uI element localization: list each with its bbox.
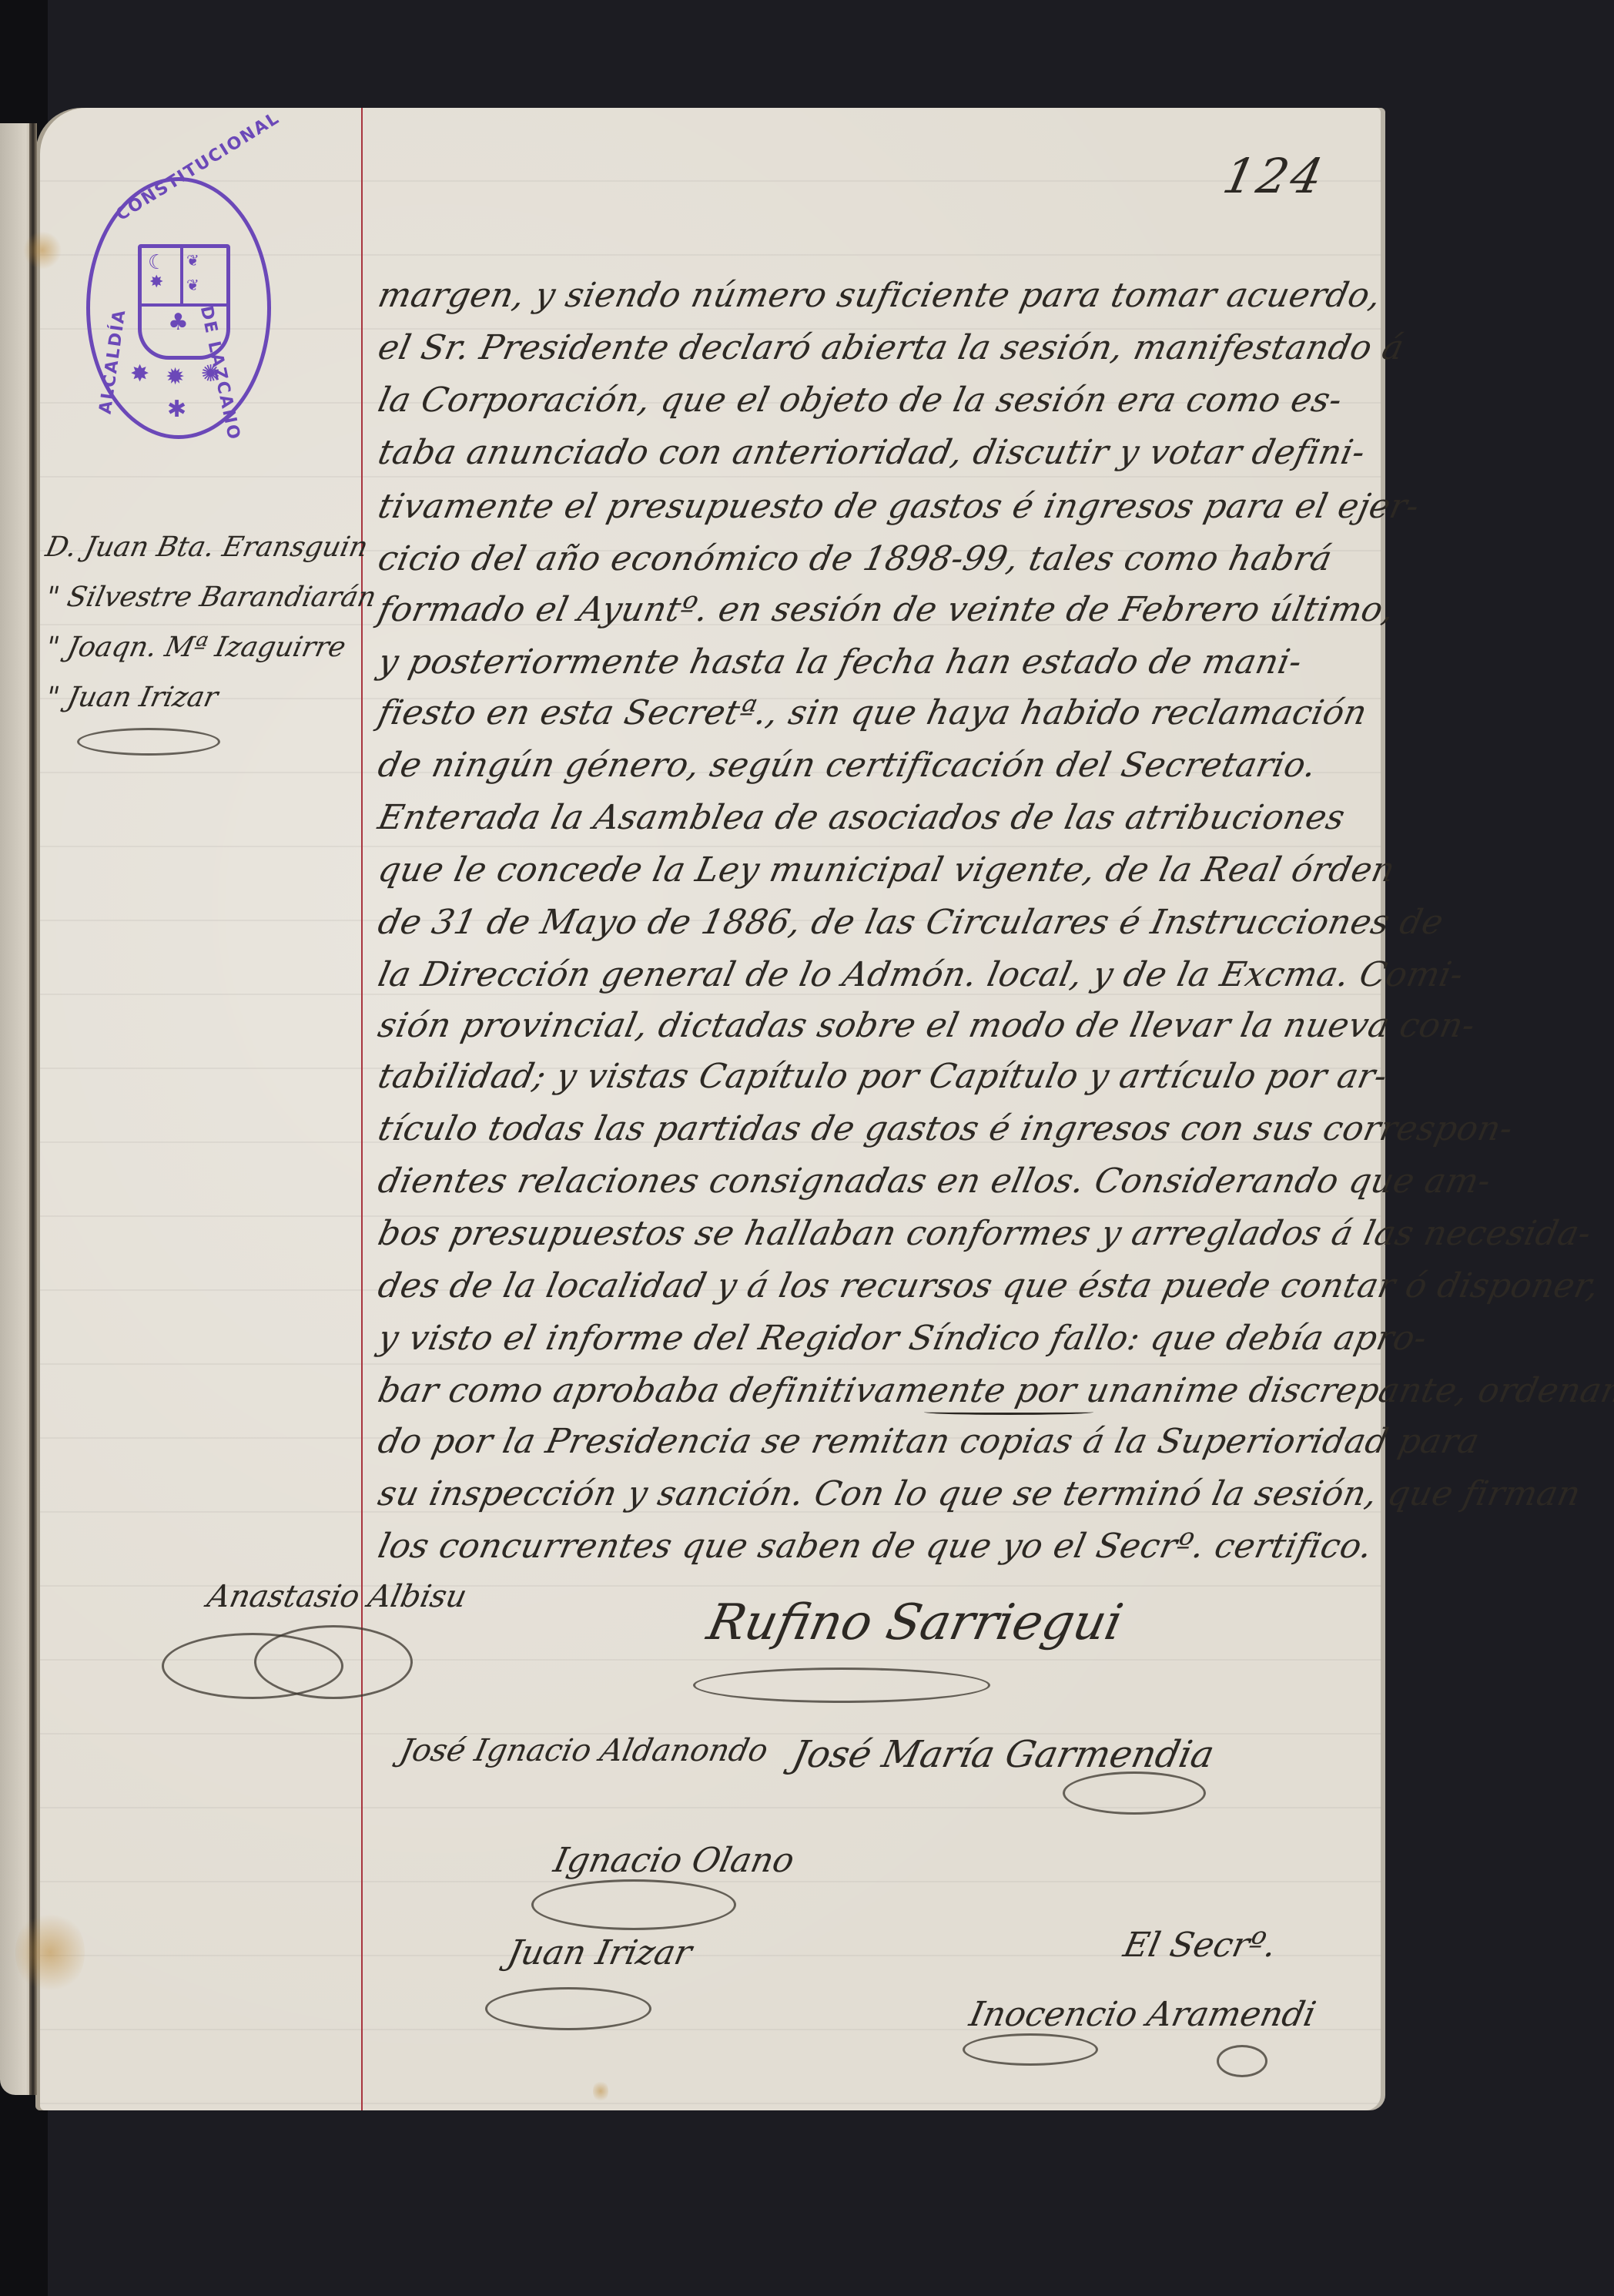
rust-stain <box>593 2080 608 2103</box>
body-line: tabilidad; y vistas Capítulo por Capítul… <box>375 1057 1391 1096</box>
signature: José María Garmendia <box>789 1733 1218 1776</box>
signature: Inocencio Aramendi <box>966 1995 1320 2034</box>
page-number: 124 <box>1218 148 1331 204</box>
signature: Anastasio Albisu <box>204 1579 470 1614</box>
star-icon: ✹ <box>166 366 185 389</box>
body-line: do por la Presidencia se remitan copias … <box>375 1422 1483 1461</box>
signature-flourish <box>485 1987 651 2030</box>
body-line: y posteriormente hasta la fecha han esta… <box>375 642 1306 682</box>
grape-icon: ❦ <box>186 277 199 293</box>
body-line: tivamente el presupuesto de gastos é ing… <box>375 487 1423 526</box>
rust-stain <box>23 231 62 270</box>
body-line: bar como aprobaba definitivamente por un… <box>375 1371 1614 1410</box>
municipal-seal: CONSTITUCIONAL DE LAZCANO ALCALDÍA ☾ ✸ ❦… <box>86 177 271 439</box>
signature-flourish <box>1217 2045 1267 2077</box>
body-line: fiesto en esta Secretª., sin que haya ha… <box>375 693 1371 732</box>
body-line: de 31 de Mayo de 1886, de las Circulares… <box>375 903 1448 942</box>
rust-stain <box>15 1910 85 1995</box>
body-line: Enterada la Asamblea de asociados de las… <box>375 798 1349 837</box>
signature-title: El Secrº. <box>1120 1926 1281 1965</box>
body-line: de ningún género, según certificación de… <box>375 746 1321 785</box>
body-line: bos presupuestos se hallaban conformes y… <box>375 1214 1595 1253</box>
body-line: taba anunciado con anterioridad, discuti… <box>375 433 1369 472</box>
star-icon: ✺ <box>201 363 220 386</box>
signature-flourish <box>963 2033 1098 2066</box>
signature: Rufino Sarriegui <box>702 1594 1127 1651</box>
signature-flourish <box>531 1879 736 1930</box>
seal-text-left: ALCALDÍA <box>96 307 130 415</box>
red-margin-line <box>361 108 363 2110</box>
star-icon: ✸ <box>130 363 149 386</box>
flourish-mark <box>77 728 220 756</box>
body-line: des de la localidad y á los recursos que… <box>375 1266 1603 1306</box>
margin-name: D. Juan Bta. Eransguin <box>43 531 371 563</box>
body-line: la Dirección general de lo Admón. local,… <box>375 955 1467 994</box>
signature-flourish <box>1063 1771 1206 1815</box>
signature: José Ignacio Aldanondo <box>397 1733 771 1768</box>
body-line: sión provincial, dictadas sobre el modo … <box>375 1006 1479 1045</box>
wavy-underline <box>924 1409 1093 1415</box>
body-line: su inspección y sanción. Con lo que se t… <box>375 1474 1585 1513</box>
star-icon: ✸ <box>149 274 163 291</box>
margin-name: " Juan Irizar <box>43 682 221 713</box>
margin-name: " Silvestre Barandiarán <box>43 582 380 613</box>
body-line: que le concede la Ley municipal vigente,… <box>375 850 1399 890</box>
grape-icon: ❦ <box>186 253 199 268</box>
asterisk-icon: ✱ <box>167 398 186 421</box>
body-line: tículo todas las partidas de gastos é in… <box>375 1109 1517 1148</box>
book-gutter <box>29 123 37 2095</box>
signature-flourish <box>254 1625 413 1699</box>
body-line: el Sr. Presidente declaró abierta la ses… <box>375 328 1408 367</box>
coat-of-arms-shield-icon: ☾ ✸ ❦ ❦ ♣ <box>138 244 230 360</box>
body-line: formado el Ayuntº. en sesión de veinte d… <box>375 590 1398 629</box>
signature: Ignacio Olano <box>551 1841 798 1880</box>
crescent-moon-icon: ☾ <box>148 253 166 273</box>
signature: Juan Irizar <box>504 1933 695 1973</box>
body-line: y visto el informe del Regidor Síndico f… <box>375 1319 1431 1358</box>
body-line: margen, y siendo número suficiente para … <box>375 276 1385 315</box>
body-line: los concurrentes que saben de que yo el … <box>375 1527 1376 1566</box>
tree-icon: ♣ <box>168 311 189 334</box>
margin-name: " Joaqn. Mª Izaguirre <box>43 632 349 663</box>
body-line: cicio del año económico de 1898-99, tale… <box>375 539 1336 578</box>
body-line: dientes relaciones consignadas en ellos.… <box>375 1161 1495 1201</box>
signature-flourish <box>693 1668 990 1703</box>
body-line: la Corporación, que el objeto de la sesi… <box>375 380 1346 420</box>
